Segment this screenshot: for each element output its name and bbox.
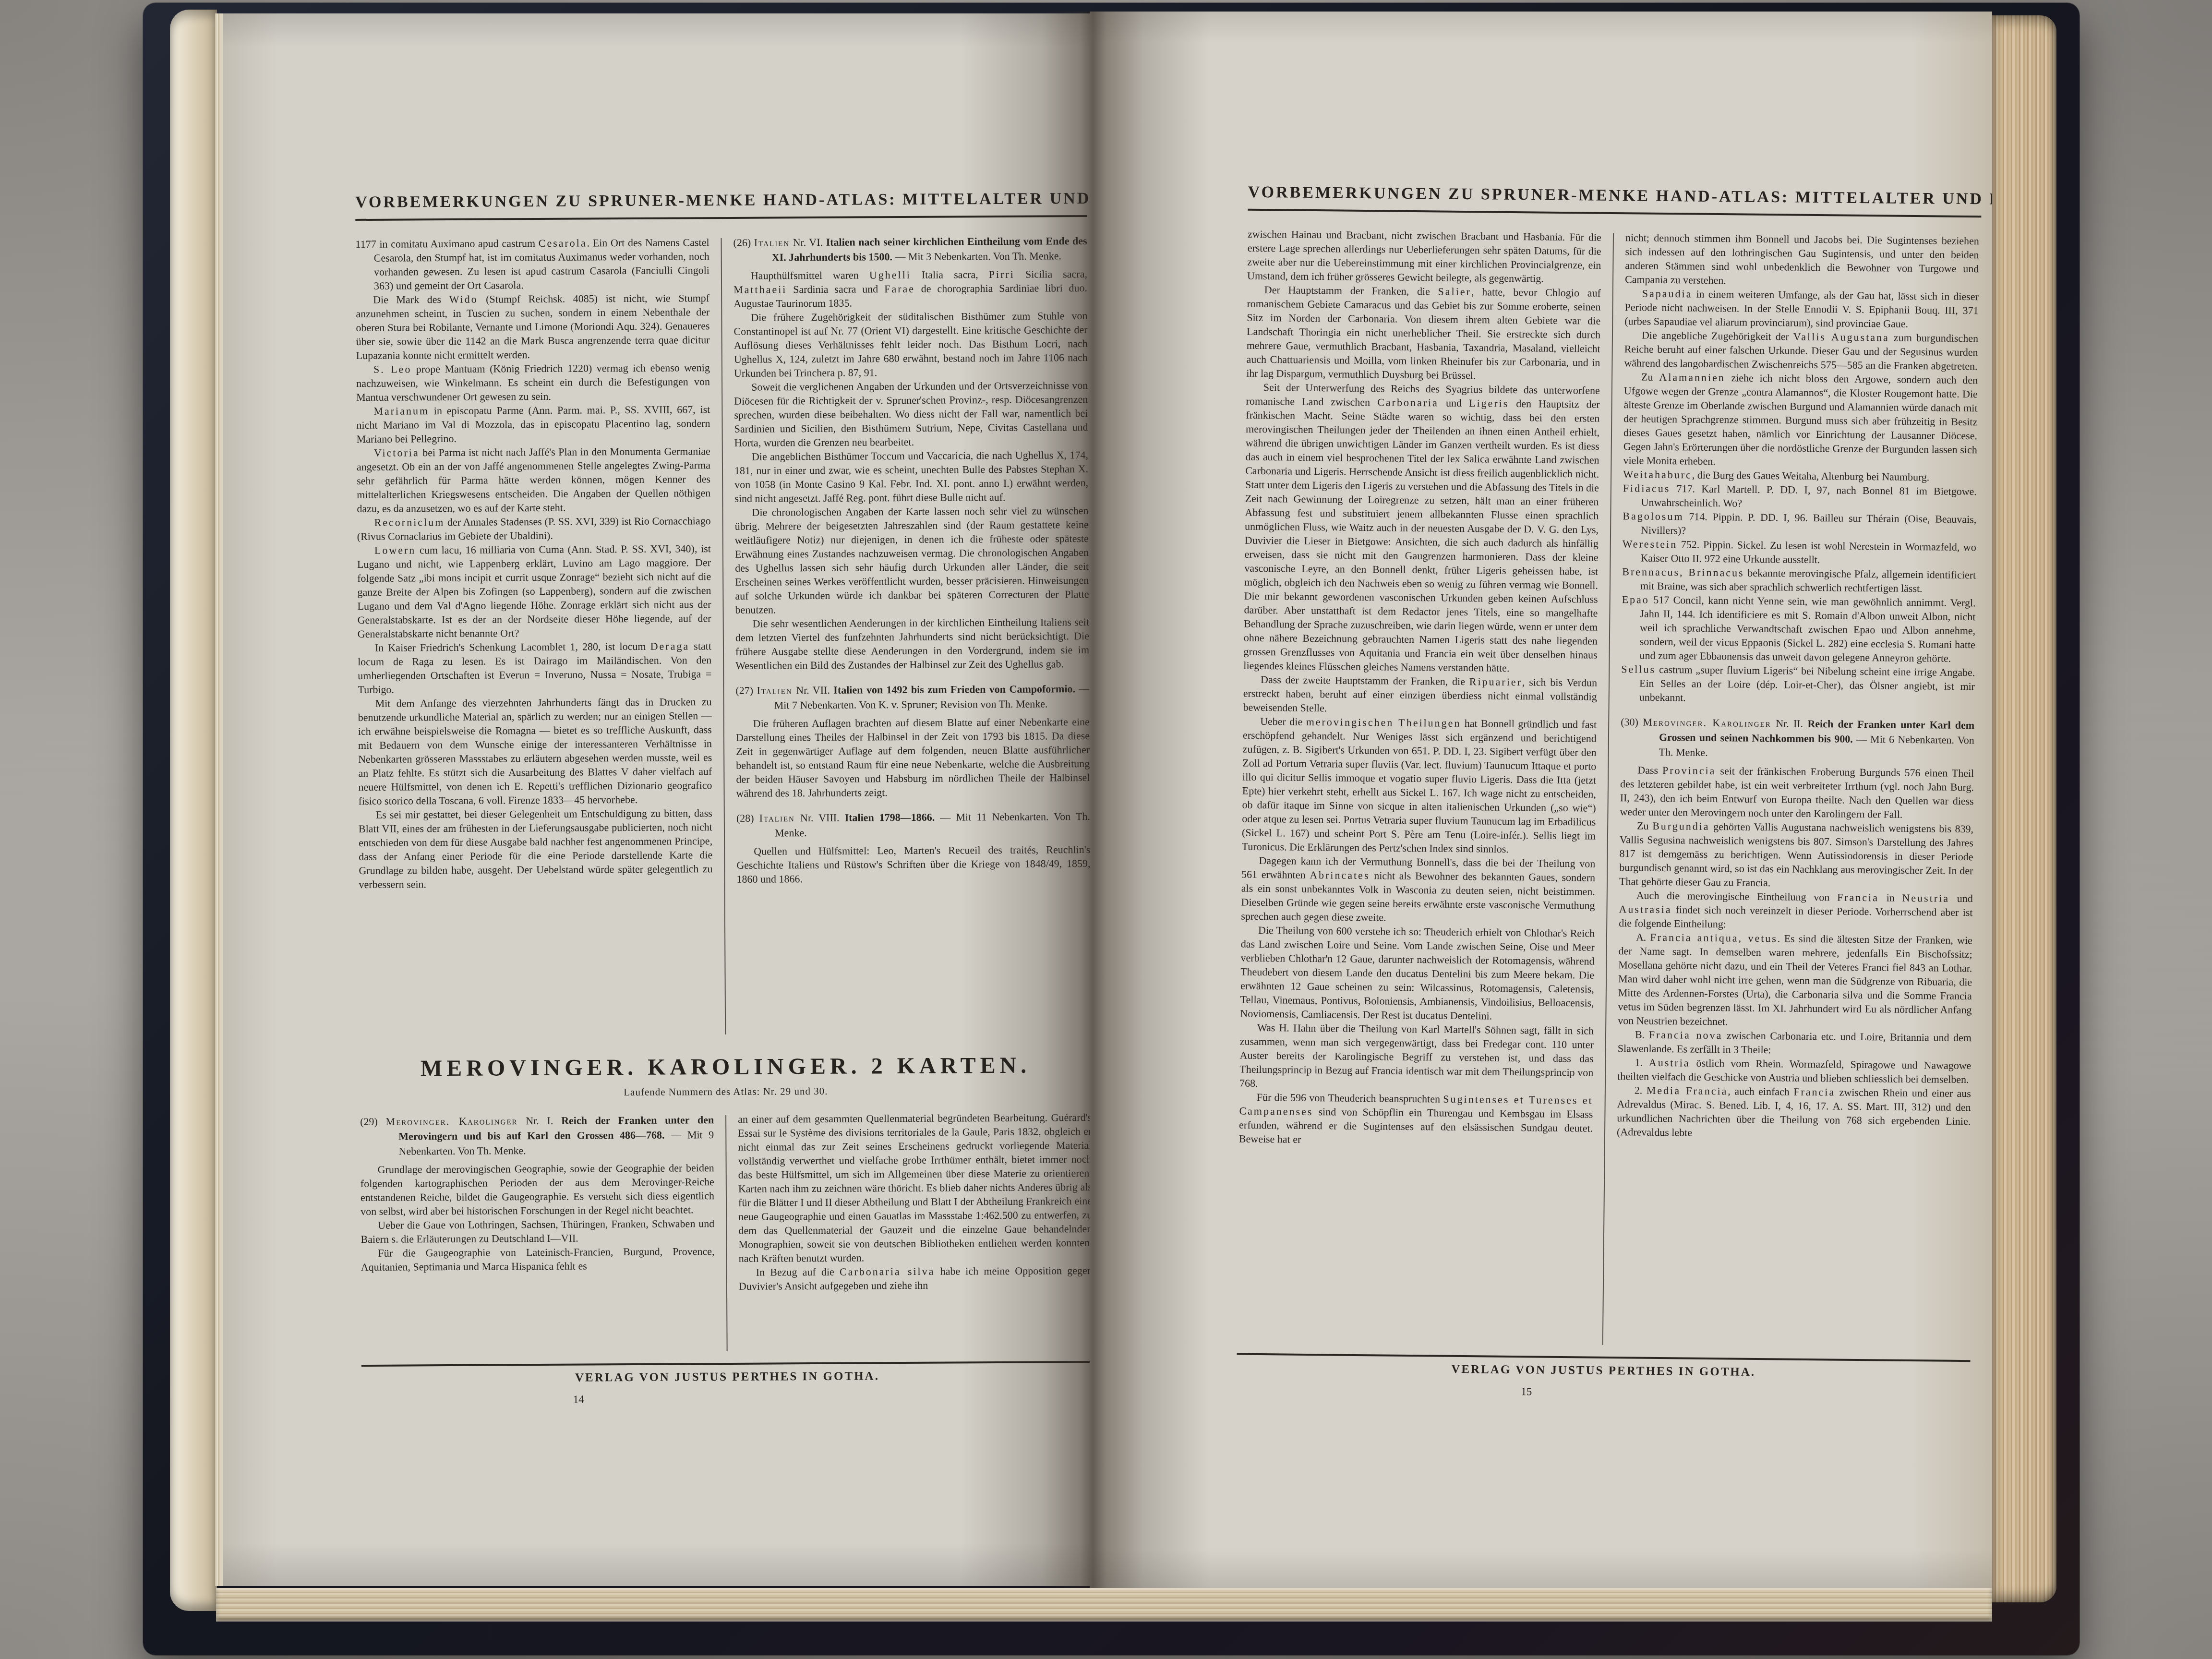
right-page-column-1: zwischen Hainau und Bracbant, nicht zwis… (1237, 227, 1601, 1345)
left-page-column-1: 1177 in comitatu Auximano apud castrum C… (356, 235, 714, 1036)
paragraph: Haupthülfsmittel waren Ughelli Italia sa… (733, 267, 1087, 311)
paragraph: A. Francia antiqua, vetus. Es sind die ä… (1618, 930, 1972, 1031)
paragraph: Die angebliche Zugehörigkeit der Vallis … (1624, 328, 1978, 373)
paragraph: Die Mark des Wido (Stumpf Reichsk. 4085)… (356, 291, 710, 362)
left-page-bottom-column-1: (29) Merovinger. Karolinger Nr. I. Reich… (360, 1112, 715, 1353)
book: VORBEMERKUNGEN ZU SPRUNER-MENKE HAND-ATL… (143, 3, 2080, 1655)
map-section-heading: (27) Italien Nr. VII. Italien von 1492 b… (735, 681, 1089, 713)
paragraph: Ueber die Gaue von Lothringen, Sachsen, … (361, 1216, 714, 1246)
paragraph: Für die Gaugeographie von Lateinisch-Fra… (361, 1244, 715, 1274)
paragraph: Dass der zweite Hauptstamm der Franken, … (1243, 673, 1597, 718)
bottom-page-stack-edge (216, 1588, 1992, 1622)
paragraph: In Kaiser Friedrich's Schenkung Lacomble… (358, 639, 712, 697)
left-page-column-2: (26) Italien Nr. VI. Italien nach seiner… (733, 233, 1090, 1034)
column-divider (721, 238, 726, 1034)
paragraph: Bagolosum 714. Pippin. P. DD. I, 96. Bai… (1623, 509, 1977, 540)
paragraph: Die angeblichen Bisthümer Toccum und Vac… (734, 448, 1089, 505)
section-title: MEROVINGER. KAROLINGER. 2 KARTEN. (360, 1052, 1090, 1082)
paragraph: Brennacus, Brinnacus bekannte merovingis… (1622, 565, 1976, 596)
map-section-heading: (28) Italien Nr. VIII. Italien 1798—1866… (736, 809, 1090, 841)
fore-edge-page-stack (1992, 15, 2056, 1602)
paragraph: 2. Media Francia, auch einfach Francia z… (1617, 1083, 1971, 1142)
paragraph: Die frühere Zugehörigkeit der süditalisc… (733, 309, 1088, 380)
paragraph: Sellus castrum „super fluvium Ligeris“ b… (1621, 662, 1975, 707)
paragraph: Die früheren Auflagen brachten auf diese… (736, 715, 1090, 800)
paragraph: Die sehr wesentlichen Aenderungen in der… (735, 615, 1090, 673)
paragraph: Mit dem Anfange des vierzehnten Jahrhund… (358, 695, 712, 808)
paragraph: nicht; dennoch stimmen ihm Bonnell und J… (1625, 230, 1979, 289)
paragraph: Ueber die merovingischen Theilungen hat … (1242, 714, 1597, 857)
paragraph: Marianum in episcopatu Parme (Ann. Parm.… (356, 402, 710, 446)
section-subtitle: Laufende Nummern des Atlas: Nr. 29 und 3… (360, 1084, 1090, 1100)
paragraph: Die chronologischen Angaben der Karte la… (734, 504, 1089, 617)
map-section-heading: (29) Merovinger. Karolinger Nr. I. Reich… (360, 1112, 714, 1159)
left-page-bottom-columns: (29) Merovinger. Karolinger Nr. I. Reich… (360, 1110, 1090, 1353)
paragraph: Victoria bei Parma ist nicht nach Jaffé'… (357, 444, 711, 516)
paragraph: Werestein 752. Pippin. Sickel. Zu lesen … (1622, 537, 1976, 568)
paragraph: 1177 in comitatu Auximano apud castrum C… (356, 235, 710, 293)
running-header: VORBEMERKUNGEN ZU SPRUNER-MENKE HAND-ATL… (355, 188, 1087, 221)
paragraph: Was H. Hahn über die Theilung von Karl M… (1239, 1021, 1594, 1094)
paragraph: Dass Provincia seit der fränkischen Erob… (1620, 763, 1974, 822)
paragraph: Der Hauptstamm der Franken, die Salier, … (1246, 283, 1601, 384)
paragraph: Auch die merovingische Eintheilung von F… (1619, 888, 1973, 933)
photo-of-open-book: { "photo": { "background_color": "#b5b1a… (0, 0, 2212, 1659)
right-page-text: VORBEMERKUNGEN ZU SPRUNER-MENKE HAND-ATL… (1237, 182, 1982, 1403)
column-divider (725, 1115, 728, 1351)
paragraph: Fidiacus 717. Karl Martell. P. DD. I, 97… (1623, 481, 1977, 512)
paragraph: zwischen Hainau und Bracbant, nicht zwis… (1247, 227, 1601, 286)
paragraph: Recorniclum der Annales Stadenses (P. SS… (357, 514, 711, 543)
page-number: 15 (1160, 1382, 1893, 1402)
right-page-column-2: nicht; dennoch stimmen ihm Bonnell und J… (1615, 230, 1979, 1348)
right-page-columns: zwischen Hainau und Bracbant, nicht zwis… (1237, 227, 1981, 1349)
paragraph: Seit der Unterwerfung des Reichs des Sya… (1243, 380, 1600, 676)
paragraph: Grundlage der merovingischen Geographie,… (361, 1161, 715, 1218)
paragraph: Die Theilung von 600 verstehe ich so: Th… (1240, 923, 1595, 1024)
paragraph: an einer auf dem gesammten Quellenmateri… (738, 1110, 1090, 1265)
map-section-heading: (30) Merovinger. Karolinger Nr. II. Reic… (1621, 714, 1975, 762)
paragraph: Soweit die verglichenen Angaben der Urku… (734, 378, 1088, 450)
paragraph: Quellen und Hülfsmittel: Leo, Marten's R… (736, 842, 1090, 886)
left-page-stack-edge (170, 10, 217, 1611)
left-page: VORBEMERKUNGEN ZU SPRUNER-MENKE HAND-ATL… (215, 13, 1090, 1586)
map-section-heading: (26) Italien Nr. VI. Italien nach seiner… (733, 233, 1087, 265)
paragraph: Für die 596 von Theuderich beanspruchten… (1239, 1090, 1593, 1149)
running-header: VORBEMERKUNGEN ZU SPRUNER-MENKE HAND-ATL… (1248, 182, 1982, 218)
paragraph: Lowern cum lacu, 16 milliaria von Cuma (… (357, 541, 711, 641)
paragraph: B. Francia nova zwischen Carbonaria etc.… (1618, 1027, 1972, 1058)
paragraph: Zu Burgundia gehörten Vallis Augustana n… (1619, 818, 1973, 891)
paragraph: Dagegen kann ich der Vermuthung Bonnell'… (1241, 854, 1595, 926)
paragraph: Zu Alamannien ziehe ich nicht bloss den … (1623, 370, 1978, 470)
paragraph: S. Leo prope Mantuam (König Friedrich 12… (356, 361, 710, 404)
left-page-text: VORBEMERKUNGEN ZU SPRUNER-MENKE HAND-ATL… (355, 188, 1090, 1407)
page-number: 14 (215, 1392, 944, 1408)
left-page-bottom-column-2: an einer auf dem gesammten Quellenmateri… (738, 1110, 1090, 1351)
paragraph: Sapaudia in einem weiteren Umfange, als … (1624, 286, 1979, 331)
paragraph: Es sei mir gestattet, bei dieser Gelegen… (359, 806, 713, 891)
paragraph: 1. Austria östlich vom Rhein. Wormazfeld… (1617, 1055, 1972, 1086)
column-divider (1602, 233, 1614, 1345)
paragraph: Epao 517 Concil, kann nicht Yenne sein, … (1621, 592, 1975, 665)
right-page: VORBEMERKUNGEN ZU SPRUNER-MENKE HAND-ATL… (1090, 12, 1992, 1588)
left-page-columns: 1177 in comitatu Auximano apud castrum C… (356, 233, 1090, 1036)
imprint: VERLAG VON JUSTUS PERTHES IN GOTHA. (361, 1363, 1090, 1386)
paragraph: In Bezug auf die Carbonaria silva habe i… (739, 1263, 1090, 1293)
